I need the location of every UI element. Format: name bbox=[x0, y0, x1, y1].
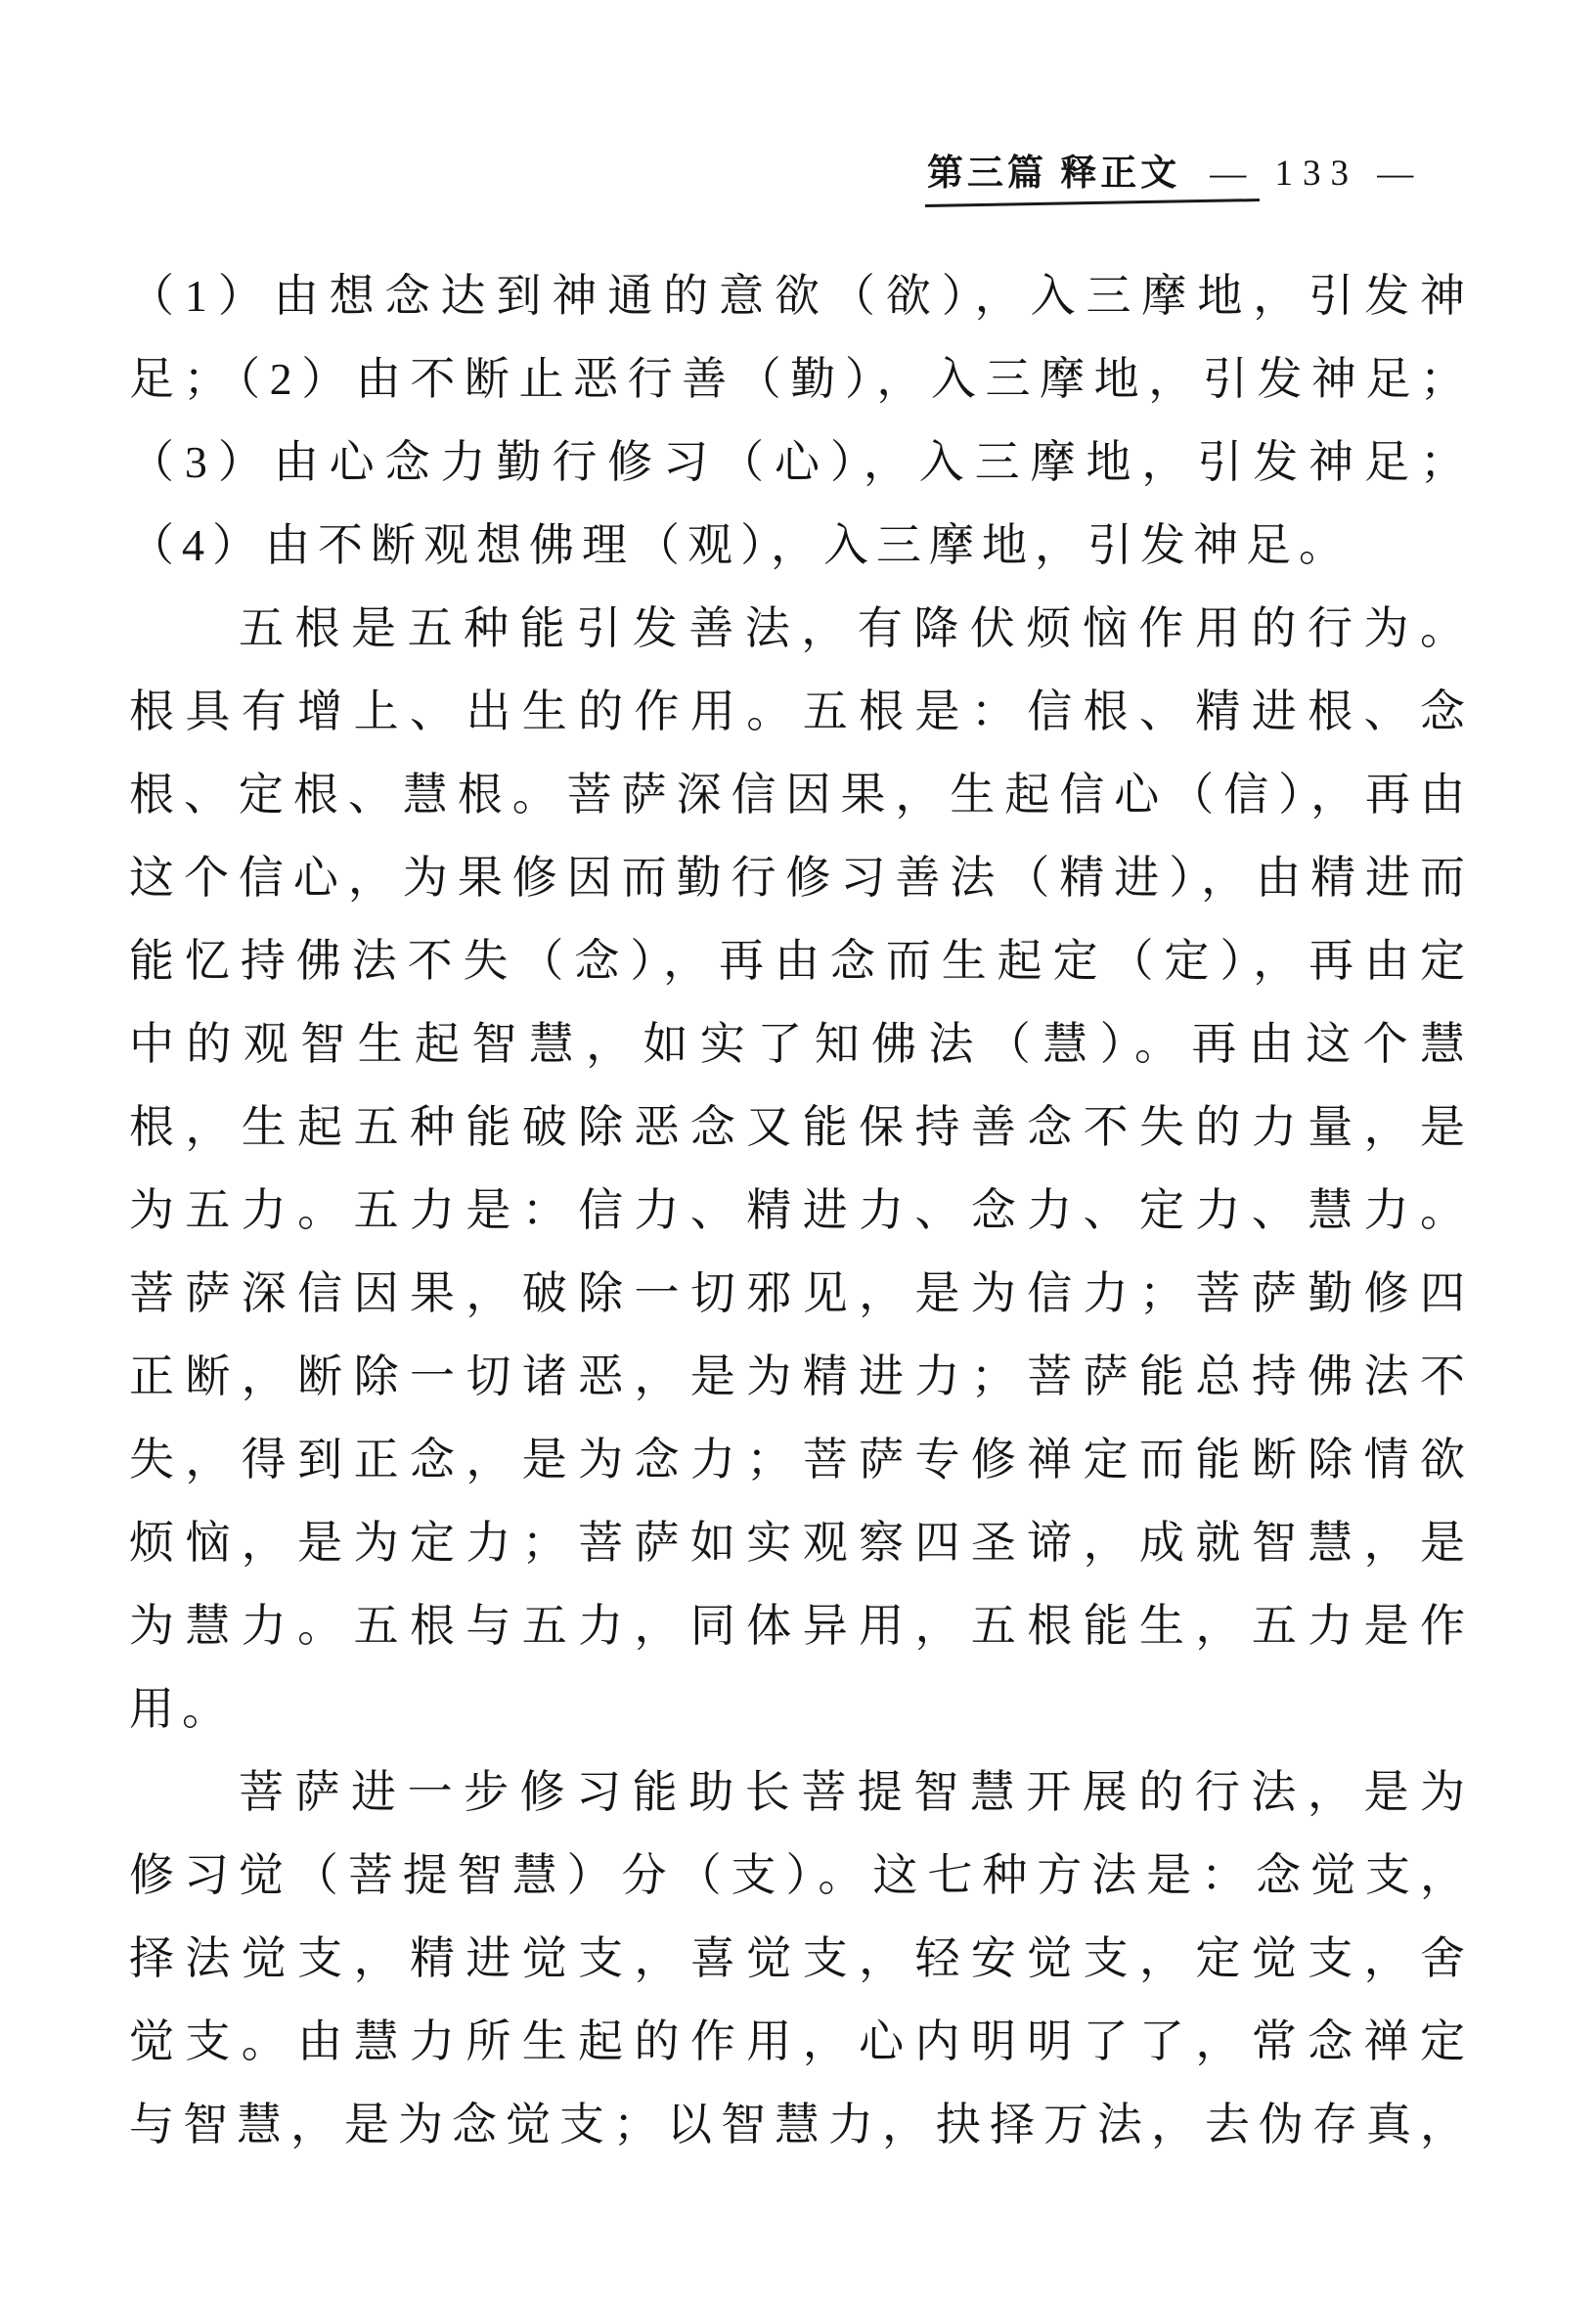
body-text: （1）由想念达到神通的意欲（欲），入三摩地，引发神足；（2）由不断止恶行善（勤）… bbox=[129, 254, 1473, 2166]
text-line: 择法觉支，精进觉支，喜觉支，轻安觉支，定觉支，舍 bbox=[129, 1917, 1473, 2000]
scanned-book-page: 第三篇 释正文— 133 — （1）由想念达到神通的意欲（欲），入三摩地，引发神… bbox=[0, 0, 1596, 2303]
text-line: 正断，断除一切诸恶，是为精进力；菩萨能总持佛法不 bbox=[129, 1335, 1473, 1418]
text-line: 与智慧，是为念觉支；以智慧力，抉择万法，去伪存真， bbox=[129, 2083, 1473, 2166]
text-line: 中的观智生起智慧，如实了知佛法（慧）。再由这个慧 bbox=[129, 1002, 1473, 1085]
text-line: 烦恼，是为定力；菩萨如实观察四圣谛，成就智慧，是 bbox=[129, 1501, 1473, 1584]
text-line: 这个信心，为果修因而勤行修习善法（精进），由精进而 bbox=[129, 836, 1473, 919]
text-line: 菩萨进一步修习能助长菩提智慧开展的行法，是为 bbox=[129, 1750, 1473, 1834]
text-line: 修习觉（菩提智慧）分（支）。这七种方法是：念觉支， bbox=[129, 1834, 1473, 1917]
text-line: 五根是五种能引发善法，有降伏烦恼作用的行为。 bbox=[129, 587, 1473, 670]
text-line: 菩萨深信因果，破除一切邪见，是为信力；菩萨勤修四 bbox=[129, 1252, 1473, 1335]
text-line: 足；（2）由不断止恶行善（勤），入三摩地，引发神足； bbox=[129, 337, 1473, 421]
running-header: 第三篇 释正文— 133 — bbox=[927, 143, 1423, 196]
text-line: 根具有增上、出生的作用。五根是：信根、精进根、念 bbox=[129, 670, 1473, 753]
text-line: （1）由想念达到神通的意欲（欲），入三摩地，引发神 bbox=[129, 254, 1473, 337]
page-number: — 133 — bbox=[1210, 154, 1423, 194]
text-line: 失，得到正念，是为念力；菩萨专修禅定而能断除情欲 bbox=[129, 1418, 1473, 1501]
text-line: 根、定根、慧根。菩萨深信因果，生起信心（信），再由 bbox=[129, 753, 1473, 836]
text-line: 用。 bbox=[129, 1667, 1473, 1750]
text-line: 为慧力。五根与五力，同体异用，五根能生，五力是作 bbox=[129, 1584, 1473, 1667]
section-title: 第三篇 释正文 bbox=[927, 154, 1180, 194]
text-line: （4）由不断观想佛理（观），入三摩地，引发神足。 bbox=[129, 504, 1473, 587]
header-rule bbox=[925, 199, 1260, 207]
text-line: 为五力。五力是：信力、精进力、念力、定力、慧力。 bbox=[129, 1169, 1473, 1252]
text-line: 觉支。由慧力所生起的作用，心内明明了了，常念禅定 bbox=[129, 2000, 1473, 2083]
text-line: 根，生起五种能破除恶念又能保持善念不失的力量，是 bbox=[129, 1085, 1473, 1169]
text-line: 能忆持佛法不失（念），再由念而生起定（定），再由定 bbox=[129, 919, 1473, 1002]
text-line: （3）由心念力勤行修习（心），入三摩地，引发神足； bbox=[129, 421, 1473, 504]
